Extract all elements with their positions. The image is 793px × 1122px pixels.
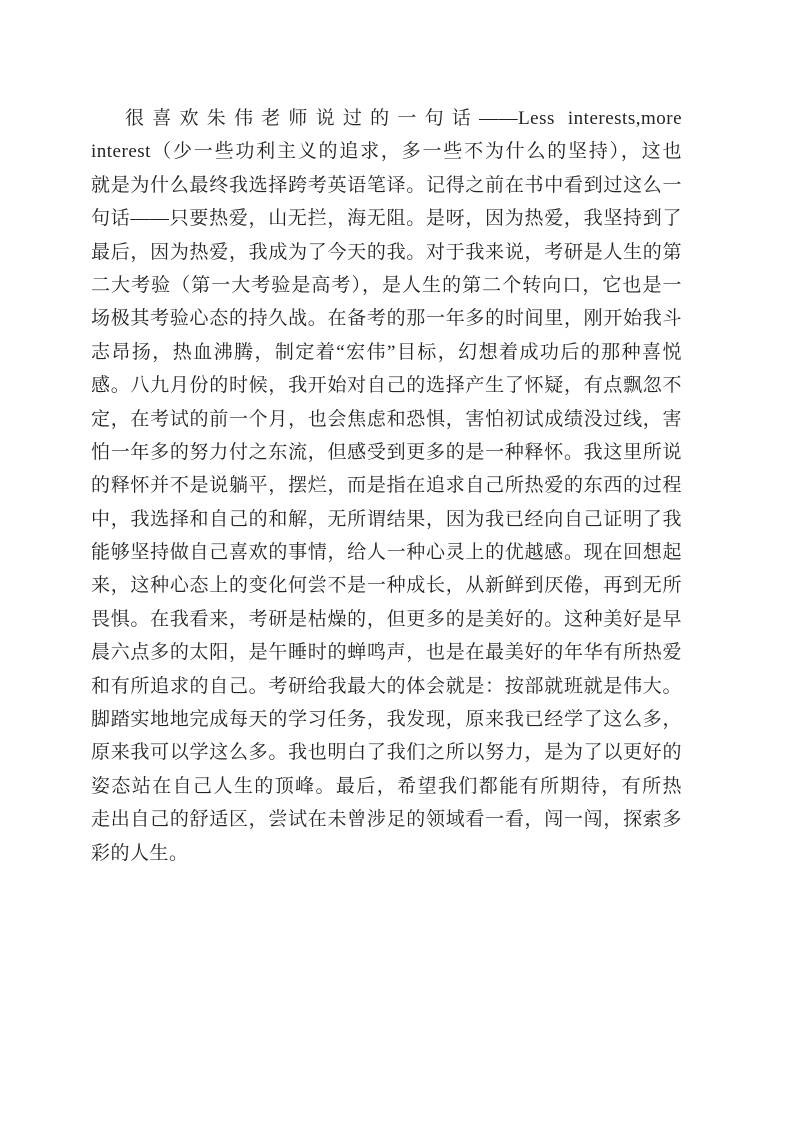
document-page: 很喜欢朱伟老师说过的一句话——Less interests,moreintere… bbox=[0, 0, 793, 1122]
text-line: 中，我选择和自己的和解，无所谓结果，因为我已经向自己证明了我 bbox=[91, 503, 682, 536]
text-line: 就是为什么最终我选择跨考英语笔译。记得之前在书中看到过这么一 bbox=[91, 169, 682, 202]
text-line: interest（少一些功利主义的追求，多一些不为什么的坚持），这也 bbox=[91, 135, 682, 168]
essay-paragraph: 很喜欢朱伟老师说过的一句话——Less interests,moreintere… bbox=[91, 102, 682, 870]
text-line: 能够坚持做自己喜欢的事情，给人一种心灵上的优越感。现在回想起 bbox=[91, 536, 682, 569]
text-line: 场极其考验心态的持久战。在备考的那一年多的时间里，刚开始我斗 bbox=[91, 302, 682, 335]
text-line: 句话——只要热爱，山无拦，海无阻。是呀，因为热爱，我坚持到了 bbox=[91, 202, 682, 235]
text-line: 晨六点多的太阳，是午睡时的蝉鸣声，也是在最美好的年华有所热爱 bbox=[91, 636, 682, 669]
text-line: 怕一年多的努力付之东流，但感受到更多的是一种释怀。我这里所说 bbox=[91, 436, 682, 469]
text-line: 定，在考试的前一个月，也会焦虑和恐惧，害怕初试成绩没过线，害 bbox=[91, 403, 682, 436]
text-line: 最后，因为热爱，我成为了今天的我。对于我来说，考研是人生的第 bbox=[91, 236, 682, 269]
text-line: 的释怀并不是说躺平，摆烂，而是指在追求自己所热爱的东西的过程 bbox=[91, 469, 682, 502]
text-line: 来，这种心态上的变化何尝不是一种成长，从新鲜到厌倦，再到无所 bbox=[91, 569, 682, 602]
text-line: 原来我可以学这么多。我也明白了我们之所以努力，是为了以更好的 bbox=[91, 736, 682, 769]
text-line: 二大考验（第一大考验是高考），是人生的第二个转向口，它也是一 bbox=[91, 269, 682, 302]
text-line: 走出自己的舒适区，尝试在未曾涉足的领域看一看，闯一闯，探索多 bbox=[91, 803, 682, 836]
text-line: 畏惧。在我看来，考研是枯燥的，但更多的是美好的。这种美好是早 bbox=[91, 603, 682, 636]
text-line: 姿态站在自己人生的顶峰。最后，希望我们都能有所期待，有所热爱， bbox=[91, 770, 682, 803]
text-line: 感。八九月份的时候，我开始对自己的选择产生了怀疑，有点飘忽不 bbox=[91, 369, 682, 402]
text-line: 很喜欢朱伟老师说过的一句话——Less interests,more bbox=[91, 102, 682, 135]
text-line: 和有所追求的自己。考研给我最大的体会就是：按部就班就是伟大。 bbox=[91, 670, 682, 703]
text-line: 志昂扬，热血沸腾，制定着“宏伟”目标，幻想着成功后的那种喜悦 bbox=[91, 336, 682, 369]
text-line: 脚踏实地地完成每天的学习任务，我发现，原来我已经学了这么多， bbox=[91, 703, 682, 736]
text-line: 彩的人生。 bbox=[91, 837, 682, 870]
